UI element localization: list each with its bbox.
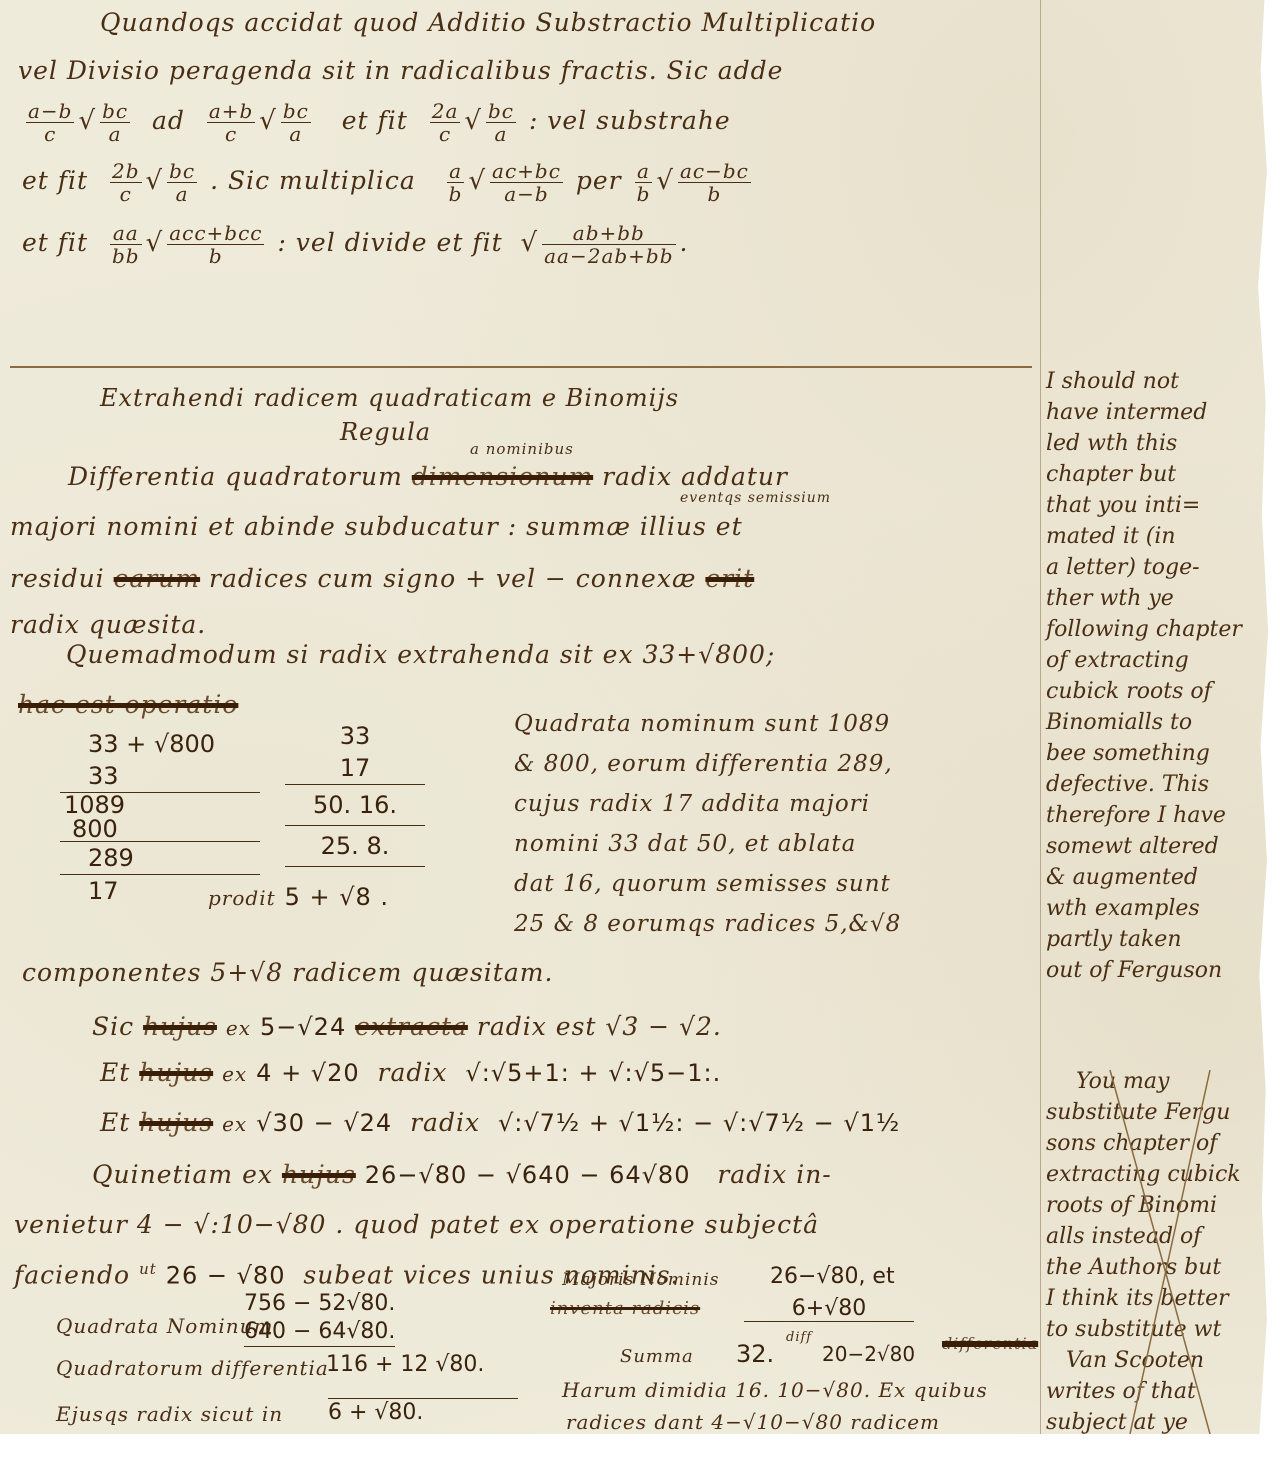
fraction: aabb [110, 222, 142, 267]
rule-line4: radix quæsita. [10, 610, 206, 639]
margin-line: defective. This [1046, 769, 1266, 800]
word-sic-multiplica: . Sic multiplica [210, 166, 416, 195]
calc-left: 33 + √800 33 1089 800 289 17 [60, 728, 260, 907]
text: radix [378, 1058, 448, 1087]
fraction: bca [281, 100, 311, 145]
explain-line: & 800, eorum differentia 289, [514, 744, 901, 784]
calc-mid: 33 17 50. 16. 25. 8. [285, 720, 425, 867]
prodit-line: prodit 5 + √8 . [208, 882, 389, 911]
summa-value: 32. [736, 1340, 774, 1368]
margin-line: I think its better [1046, 1283, 1266, 1314]
radical-icon: √ [464, 106, 482, 136]
example-intro: Quemadmodum si radix extrahenda sit ex 3… [66, 640, 775, 669]
section-divider [10, 366, 1032, 368]
struck-text: extracta [355, 1012, 468, 1041]
margin-line: partly taken [1046, 924, 1266, 955]
margin-line: You may [1046, 1066, 1266, 1097]
marginal-note-top: I should not have intermed led wth this … [1046, 366, 1266, 986]
margin-line: Van Scooten [1046, 1345, 1266, 1376]
calc-cell: 756 − 52√80. [244, 1290, 395, 1318]
summa-label: Summa [620, 1346, 694, 1367]
calc-cell: 33 [60, 760, 260, 793]
text: Differentia quadratorum [68, 462, 403, 491]
calc-cell: 800 [60, 817, 260, 842]
margin-line: following chapter [1046, 614, 1266, 645]
fraction: ac−bcb [678, 160, 751, 205]
fraction: ab [635, 160, 653, 205]
quad-label: Quadrata Nominum [56, 1314, 273, 1338]
s1-line3: a−bc√bca ad a+bc√bca et fit 2ac√bca : ve… [22, 100, 731, 145]
struck-text: hujus [139, 1058, 213, 1087]
margin-line: extracting cubick [1046, 1159, 1266, 1190]
margin-line: out of Ferguson [1046, 955, 1266, 986]
margin-line: led wth this [1046, 428, 1266, 459]
explain-line: Quadrata nominum sunt 1089 [514, 704, 901, 744]
diff-value: 116 + 12 √80. [326, 1352, 484, 1377]
margin-line: somewt altered [1046, 831, 1266, 862]
text: Sic [92, 1012, 134, 1041]
expression: 26 − √80 [166, 1261, 286, 1289]
margin-line: Binomialls to [1046, 707, 1266, 738]
text: summæ illius et [526, 512, 743, 541]
word-ad: ad [152, 106, 185, 135]
harum-line: Harum dimidia 16. 10−√80. Ex quibus [562, 1378, 988, 1402]
fraction: bca [167, 160, 197, 205]
fraction: ab [447, 160, 465, 205]
struck-text: hujus [139, 1108, 213, 1137]
s1-line1: Quandoqs accidat quod Additio Substracti… [100, 8, 876, 37]
expression: √30 − √24 [256, 1109, 392, 1137]
explain-line: cujus radix 17 addita majori [514, 784, 901, 824]
fraction: a−bc [26, 100, 74, 145]
text: nomini et abinde subducatur : [106, 512, 517, 541]
root-label: Ejusqs radix sicut in [56, 1402, 283, 1426]
margin-line: the Authors but [1046, 1252, 1266, 1283]
calc-cell: 289 [60, 842, 260, 875]
s1-line4: et fit 2bc√bca . Sic multiplica ab√ac+bc… [22, 160, 755, 205]
margin-line: therefore I have [1046, 800, 1266, 831]
marginal-note-bottom: You may substitute Fergu sons chapter of… [1046, 1066, 1266, 1434]
margin-line: I should not [1046, 366, 1266, 397]
radical-icon: √ [78, 106, 96, 136]
text: majori [10, 512, 97, 541]
quad-values: 756 − 52√80. 640 − 64√80. [244, 1290, 395, 1347]
margin-line: writes of that [1046, 1376, 1266, 1407]
margin-line: chapter but [1046, 459, 1266, 490]
section-title: Extrahendi radicem quadraticam e Binomij… [100, 384, 679, 412]
word-per: per [576, 166, 622, 195]
margin-line: bee something [1046, 738, 1266, 769]
margin-line: cubick roots of [1046, 676, 1266, 707]
struck-text: dimensionum [412, 462, 593, 491]
margin-line: to substitute wt [1046, 1314, 1266, 1345]
calc-cell: 33 + √800 [60, 728, 260, 760]
explanation-block: Quadrata nominum sunt 1089 & 800, eorum … [514, 704, 901, 944]
word-et-fit: et fit [22, 228, 88, 257]
maj-value: 26−√80, et [770, 1264, 895, 1289]
fraction: ac+bca−b [490, 160, 563, 205]
struck-text: erit [705, 564, 754, 593]
text: radix [410, 1108, 480, 1137]
diff2-value: 20−2√80 [822, 1342, 915, 1366]
struck-line: hac est operatio [18, 690, 238, 719]
diff2-label: diff [786, 1330, 812, 1345]
struck-text: hujus [143, 1012, 217, 1041]
inv-value: 6+√80 [744, 1296, 914, 1322]
example-2: Et hujus ex 4 + √20 radix √:√5+1: + √:√5… [100, 1058, 721, 1087]
line-tail: : vel substrahe [529, 106, 731, 135]
prodit-value: 5 + √8 . [285, 883, 389, 911]
margin-line: have intermed [1046, 397, 1266, 428]
radical-icon: √ [146, 166, 164, 196]
margin-rule [1040, 0, 1041, 1434]
margin-line: sons chapter of [1046, 1128, 1266, 1159]
diff-label: Quadratorum differentia [56, 1356, 329, 1380]
calc-cell: 50. 16. [285, 785, 425, 826]
explain-line: nomini 33 dat 50, et ablata [514, 824, 901, 864]
word-et-fit: et fit [22, 166, 88, 195]
result: √:√7½ + √1½: − √:√7½ − √1½ [498, 1109, 900, 1137]
text: Et [100, 1058, 130, 1087]
word-prodit: prodit [208, 886, 276, 910]
calc-cell: 33 [285, 720, 425, 752]
radical-icon: √ [259, 106, 277, 136]
margin-line: & augmented [1046, 862, 1266, 893]
section-subtitle: Regula [340, 418, 431, 446]
maj-label: Majoris Nominis [562, 1270, 720, 1290]
text: Quinetiam ex [92, 1160, 273, 1189]
margin-line: substitute Fergu [1046, 1097, 1266, 1128]
text: residui [10, 564, 105, 593]
fraction: bca [486, 100, 516, 145]
margin-line: subject at ye [1046, 1407, 1266, 1434]
word-vel-divide: : vel divide et fit [277, 228, 502, 257]
calc-cell: 25. 8. [285, 826, 425, 867]
componentes-line: componentes 5+√8 radicem quæsitam. [22, 958, 553, 987]
rule-line3: residui earum radices cum signo + vel − … [10, 564, 754, 593]
expression: 5−√24 [260, 1013, 346, 1041]
text: radix addatur [602, 462, 788, 491]
result: √:√5+1: + √:√5−1:. [465, 1059, 721, 1087]
inv-label: inventa radicis [550, 1298, 700, 1319]
margin-line: ther wth ye [1046, 583, 1266, 614]
margin-line: a letter) toge- [1046, 552, 1266, 583]
radical-icon: √ [521, 228, 539, 258]
text: faciendo [14, 1260, 130, 1289]
example-1: Sic hujus ex 5−√24 extracta radix est √3… [92, 1012, 722, 1041]
example-3: Et hujus ex √30 − √24 radix √:√7½ + √1½:… [100, 1108, 900, 1137]
word-et-fit: et fit [342, 106, 408, 135]
fraction: ab+bbaa−2ab+bb [542, 222, 675, 267]
radical-icon: √ [146, 228, 164, 258]
struck-text: earum [114, 564, 200, 593]
text: Et [100, 1108, 130, 1137]
expression: 4 + √20 [256, 1059, 359, 1087]
explain-line: dat 16, quorum semisses sunt [514, 864, 901, 904]
insert-eventqs: eventqs semissium [680, 490, 831, 506]
rule-line2: majori nomini et abinde subducatur : sum… [10, 512, 743, 541]
calc-cell: 17 [285, 752, 425, 785]
struck-differentia: differentia [942, 1334, 1038, 1353]
text: radices cum signo + vel − connexæ [209, 564, 696, 593]
insert-ut: ut [139, 1260, 157, 1278]
margin-line: wth examples [1046, 893, 1266, 924]
result: radix est √3 − √2. [477, 1012, 722, 1041]
struck-text: hujus [282, 1160, 356, 1189]
text: ex [226, 1016, 251, 1040]
s1-line5: et fit aabb√acc+bccb : vel divide et fit… [22, 222, 688, 267]
margin-line: mated it (in [1046, 521, 1266, 552]
margin-line: alls instead of [1046, 1221, 1266, 1252]
venietur-line: venietur 4 − √:10−√80 . quod patet ex op… [14, 1210, 819, 1239]
expression: 26−√80 − √640 − 64√80 [365, 1161, 691, 1189]
calc-cell: 1089 [60, 793, 260, 817]
margin-line: that you inti= [1046, 490, 1266, 521]
radical-icon: √ [468, 166, 486, 196]
fraction: bca [100, 100, 130, 145]
radices-line: radices dant 4−√10−√80 radicem [566, 1410, 940, 1434]
text: ex [222, 1112, 247, 1136]
insert-nominibus: a nominibus [470, 440, 574, 458]
fraction: acc+bccb [167, 222, 264, 267]
fraction: a+bc [207, 100, 255, 145]
manuscript-page: Quandoqs accidat quod Additio Substracti… [0, 0, 1272, 1434]
fraction: 2ac [430, 100, 461, 145]
text: ex [222, 1062, 247, 1086]
fraction: 2bc [110, 160, 142, 205]
margin-line: roots of Binomi [1046, 1190, 1266, 1221]
calc-cell: 640 − 64√80. [244, 1318, 395, 1347]
radical-icon: √ [656, 166, 674, 196]
rule-line1: Differentia quadratorum dimensionum radi… [68, 462, 788, 491]
margin-line: of extracting [1046, 645, 1266, 676]
s1-line2: vel Divisio peragenda sit in radicalibus… [18, 56, 783, 85]
root-value: 6 + √80. [328, 1398, 518, 1425]
text: radix in- [717, 1160, 831, 1189]
quinetiam-line: Quinetiam ex hujus 26−√80 − √640 − 64√80… [92, 1160, 832, 1189]
explain-line: 25 & 8 eorumqs radices 5,&√8 [514, 904, 901, 944]
